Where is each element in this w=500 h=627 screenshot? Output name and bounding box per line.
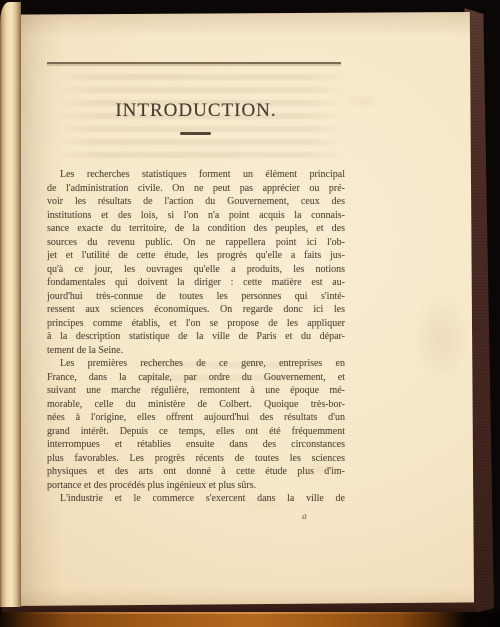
text-line: interrompues et rétablies ensuite dans d…: [47, 438, 345, 452]
text-line: Les premières recherches de ce genre, en…: [47, 357, 345, 371]
text-line: qu'à ce jour, les ouvrages qu'elle a pro…: [47, 263, 345, 277]
text-line: nées à l'origine, elles offrent aujourd'…: [47, 411, 345, 425]
text-line: sance exacte du territoire, de la condit…: [47, 222, 345, 236]
text-line: plus favorables. Les progrès récents de …: [47, 452, 345, 466]
text-line: physiques et des arts ont donné à cette …: [47, 465, 345, 479]
text-line: principes comme établis, et l'on se prop…: [47, 317, 345, 331]
title-ornament-rule: [180, 132, 211, 135]
text-line: jet et l'utilité de cette étude, les pro…: [47, 249, 345, 263]
facing-page-curl: [0, 2, 21, 607]
text-line: jourd'hui très-connue de toutes les pers…: [47, 290, 345, 304]
text-line: Les recherches statistiques forment un é…: [47, 168, 345, 182]
text-line: grand intérêt. Depuis ce temps, elles on…: [47, 425, 345, 439]
paragraph-3: L'industrie et le commerce s'exercent da…: [47, 492, 345, 506]
text-line: ressent aux sciences économiques. On reg…: [47, 303, 345, 317]
text-line: L'industrie et le commerce s'exercent da…: [47, 492, 345, 506]
text-line: morable, celle du ministère de Colbert. …: [47, 398, 345, 412]
text-line: tement de la Seine.: [47, 344, 345, 358]
table-surface-band: [0, 612, 500, 627]
text-block: Les recherches statistiques forment un é…: [47, 168, 345, 506]
header-rule: [47, 62, 341, 64]
text-line: institutions et des lois, si l'on n'a po…: [47, 209, 345, 223]
text-line: fondamentales qui doivent la diriger : c…: [47, 276, 345, 290]
paragraph-1: Les recherches statistiques forment un é…: [47, 168, 345, 357]
photo-background: INTRODUCTION. Les recherches statistique…: [0, 0, 500, 627]
text-line: voir les résultats de l'action du Gouver…: [47, 195, 345, 209]
text-line: de l'administration civile. On ne peut p…: [47, 182, 345, 196]
text-line: à la description statistique de la ville…: [47, 330, 345, 344]
signature-mark: a: [302, 512, 307, 522]
text-line: portance et des procédés plus ingénieux …: [47, 479, 345, 493]
text-line: France, dans la capitale, par ordre du G…: [47, 371, 345, 385]
text-line: suivant une marche régulière, remontent …: [47, 384, 345, 398]
book-page: INTRODUCTION. Les recherches statistique…: [6, 12, 474, 606]
text-line: sources du revenu public. On ne rappelle…: [47, 236, 345, 250]
page-title: INTRODUCTION.: [47, 100, 345, 122]
paragraph-2: Les premières recherches de ce genre, en…: [47, 357, 345, 492]
